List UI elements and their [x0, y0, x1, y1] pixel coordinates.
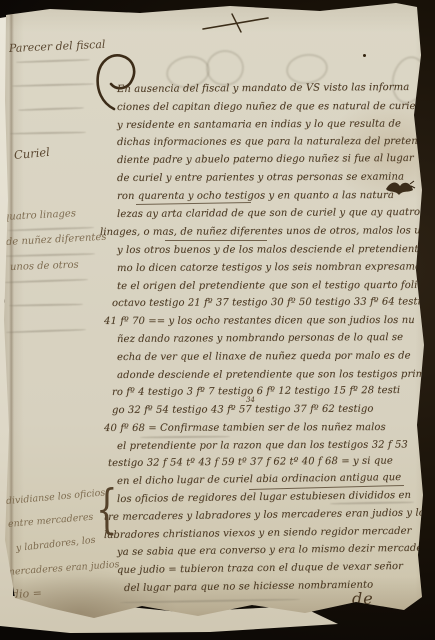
bleed-through-mark: [6, 329, 86, 334]
manuscript-line: mo lo dicen catorze testigos y los seis …: [117, 261, 428, 274]
bleed-through-mark: [8, 226, 94, 231]
manuscript-line: diente padre y abuelo paterno diego nuñe…: [117, 153, 414, 166]
bleed-through-mark: [12, 83, 94, 87]
ink-underline: [165, 240, 267, 241]
bleed-through-mark: [16, 59, 90, 64]
manuscript-photo: Parecer del fiscal Curiel quatro linages…: [0, 0, 435, 640]
manuscript-line: y los otros buenos y de los malos descie…: [117, 244, 435, 256]
margin-note-lineage: de nuñez diferentes: [6, 232, 107, 248]
manuscript-line: que judio = tubieron traza con el duque …: [117, 561, 403, 576]
manuscript-line: de curiel y entre parientes y otras pers…: [117, 171, 404, 184]
bleed-through-mark: [120, 598, 300, 603]
manuscript-line: En ausencia del fiscal y mandato de VS v…: [117, 82, 409, 95]
bleed-through-mark: [4, 279, 88, 284]
manuscript-line: go 32 fº 54 testigo 43 fº 57 testigo 37 …: [112, 404, 374, 416]
manuscript-line: ciones del capitan diego nuñez de que es…: [117, 101, 419, 113]
ink-blot-moth: [386, 180, 414, 200]
bleed-through-mark: [284, 51, 330, 87]
margin-note-offices: y labradores, los: [15, 535, 96, 554]
manuscript-line: echa de ver que el linaxe de nuñez queda…: [117, 350, 411, 363]
margin-note-lineage: unos de otros: [10, 260, 79, 273]
manuscript-page: Parecer del fiscal Curiel quatro linages…: [0, 0, 435, 640]
manuscript-line: te el origen del pretendiente que son el…: [117, 280, 424, 292]
manuscript-line: octavo testigo 21 fº 37 testigo 30 fº 50…: [112, 296, 434, 309]
bleed-through-mark: [9, 303, 83, 306]
margin-note-place: Curiel: [13, 145, 50, 162]
manuscript-line: 41 fº 70 == y los ocho restantes dicen q…: [104, 315, 415, 327]
manuscript-line: dichas informaciones es que para la natu…: [117, 136, 418, 148]
manuscript-line: ron quarenta y ocho testigos y en quanto…: [117, 190, 394, 202]
manuscript-line: y residente en santamaria en indias y lo…: [117, 119, 401, 131]
manuscript-line: en el dicho lugar de curiel abia ordinac…: [117, 472, 401, 487]
margin-note-lineage: quatro linages: [3, 208, 77, 223]
margin-note-offices: dividianse los oficios: [6, 487, 106, 507]
manuscript-line: linages, o mas, de nuñez diferentes unos…: [100, 225, 435, 238]
manuscript-line: el pretendiente por la razon que dan los…: [117, 439, 408, 452]
margin-note-heading: Parecer del fiscal: [9, 38, 106, 55]
bleed-through-mark: [18, 107, 84, 111]
bleed-through-mark: [10, 131, 86, 134]
cross-mark: [202, 12, 272, 34]
manuscript-line: del lugar para que no se hiciesse nombra…: [124, 580, 373, 594]
manuscript-line: labradores christianos viexos y en siend…: [104, 526, 412, 541]
ink-underline: [136, 202, 251, 205]
bleed-through-mark: [205, 48, 246, 87]
manuscript-line: lezas ay arta claridad de que son de cur…: [117, 207, 420, 220]
manuscript-line: testigo 32 f 54 tº 43 f 59 tº 37 f 62 tº…: [108, 456, 393, 469]
bleed-through-mark: [5, 253, 95, 257]
margin-note-offices: mercaderes eran judios: [6, 559, 120, 578]
margin-brace: {: [96, 479, 118, 541]
ink-dot: [363, 54, 366, 57]
bleed-through-mark: [140, 436, 230, 439]
manuscript-line: 40 fº 68 = Confirmase tambien ser de los…: [104, 422, 386, 434]
manuscript-line: ñez dando razones y nombrando personas d…: [117, 332, 403, 345]
margin-note-offices: entre mercaderes: [8, 512, 94, 530]
ink-underline: [249, 485, 404, 490]
interlinear-correction: 34: [246, 396, 255, 404]
manuscript-line: adonde desciende el pretendiente que son…: [117, 369, 431, 381]
manuscript-line: tre mercaderes y labradores y los mercad…: [104, 507, 430, 523]
manuscript-line: ya se sabia que era converso y era lo mi…: [117, 543, 427, 558]
manuscript-line: ro fº 4 testigo 3 fº 7 testigo 6 fº 12 t…: [112, 385, 400, 398]
fold-crease: [9, 14, 14, 602]
